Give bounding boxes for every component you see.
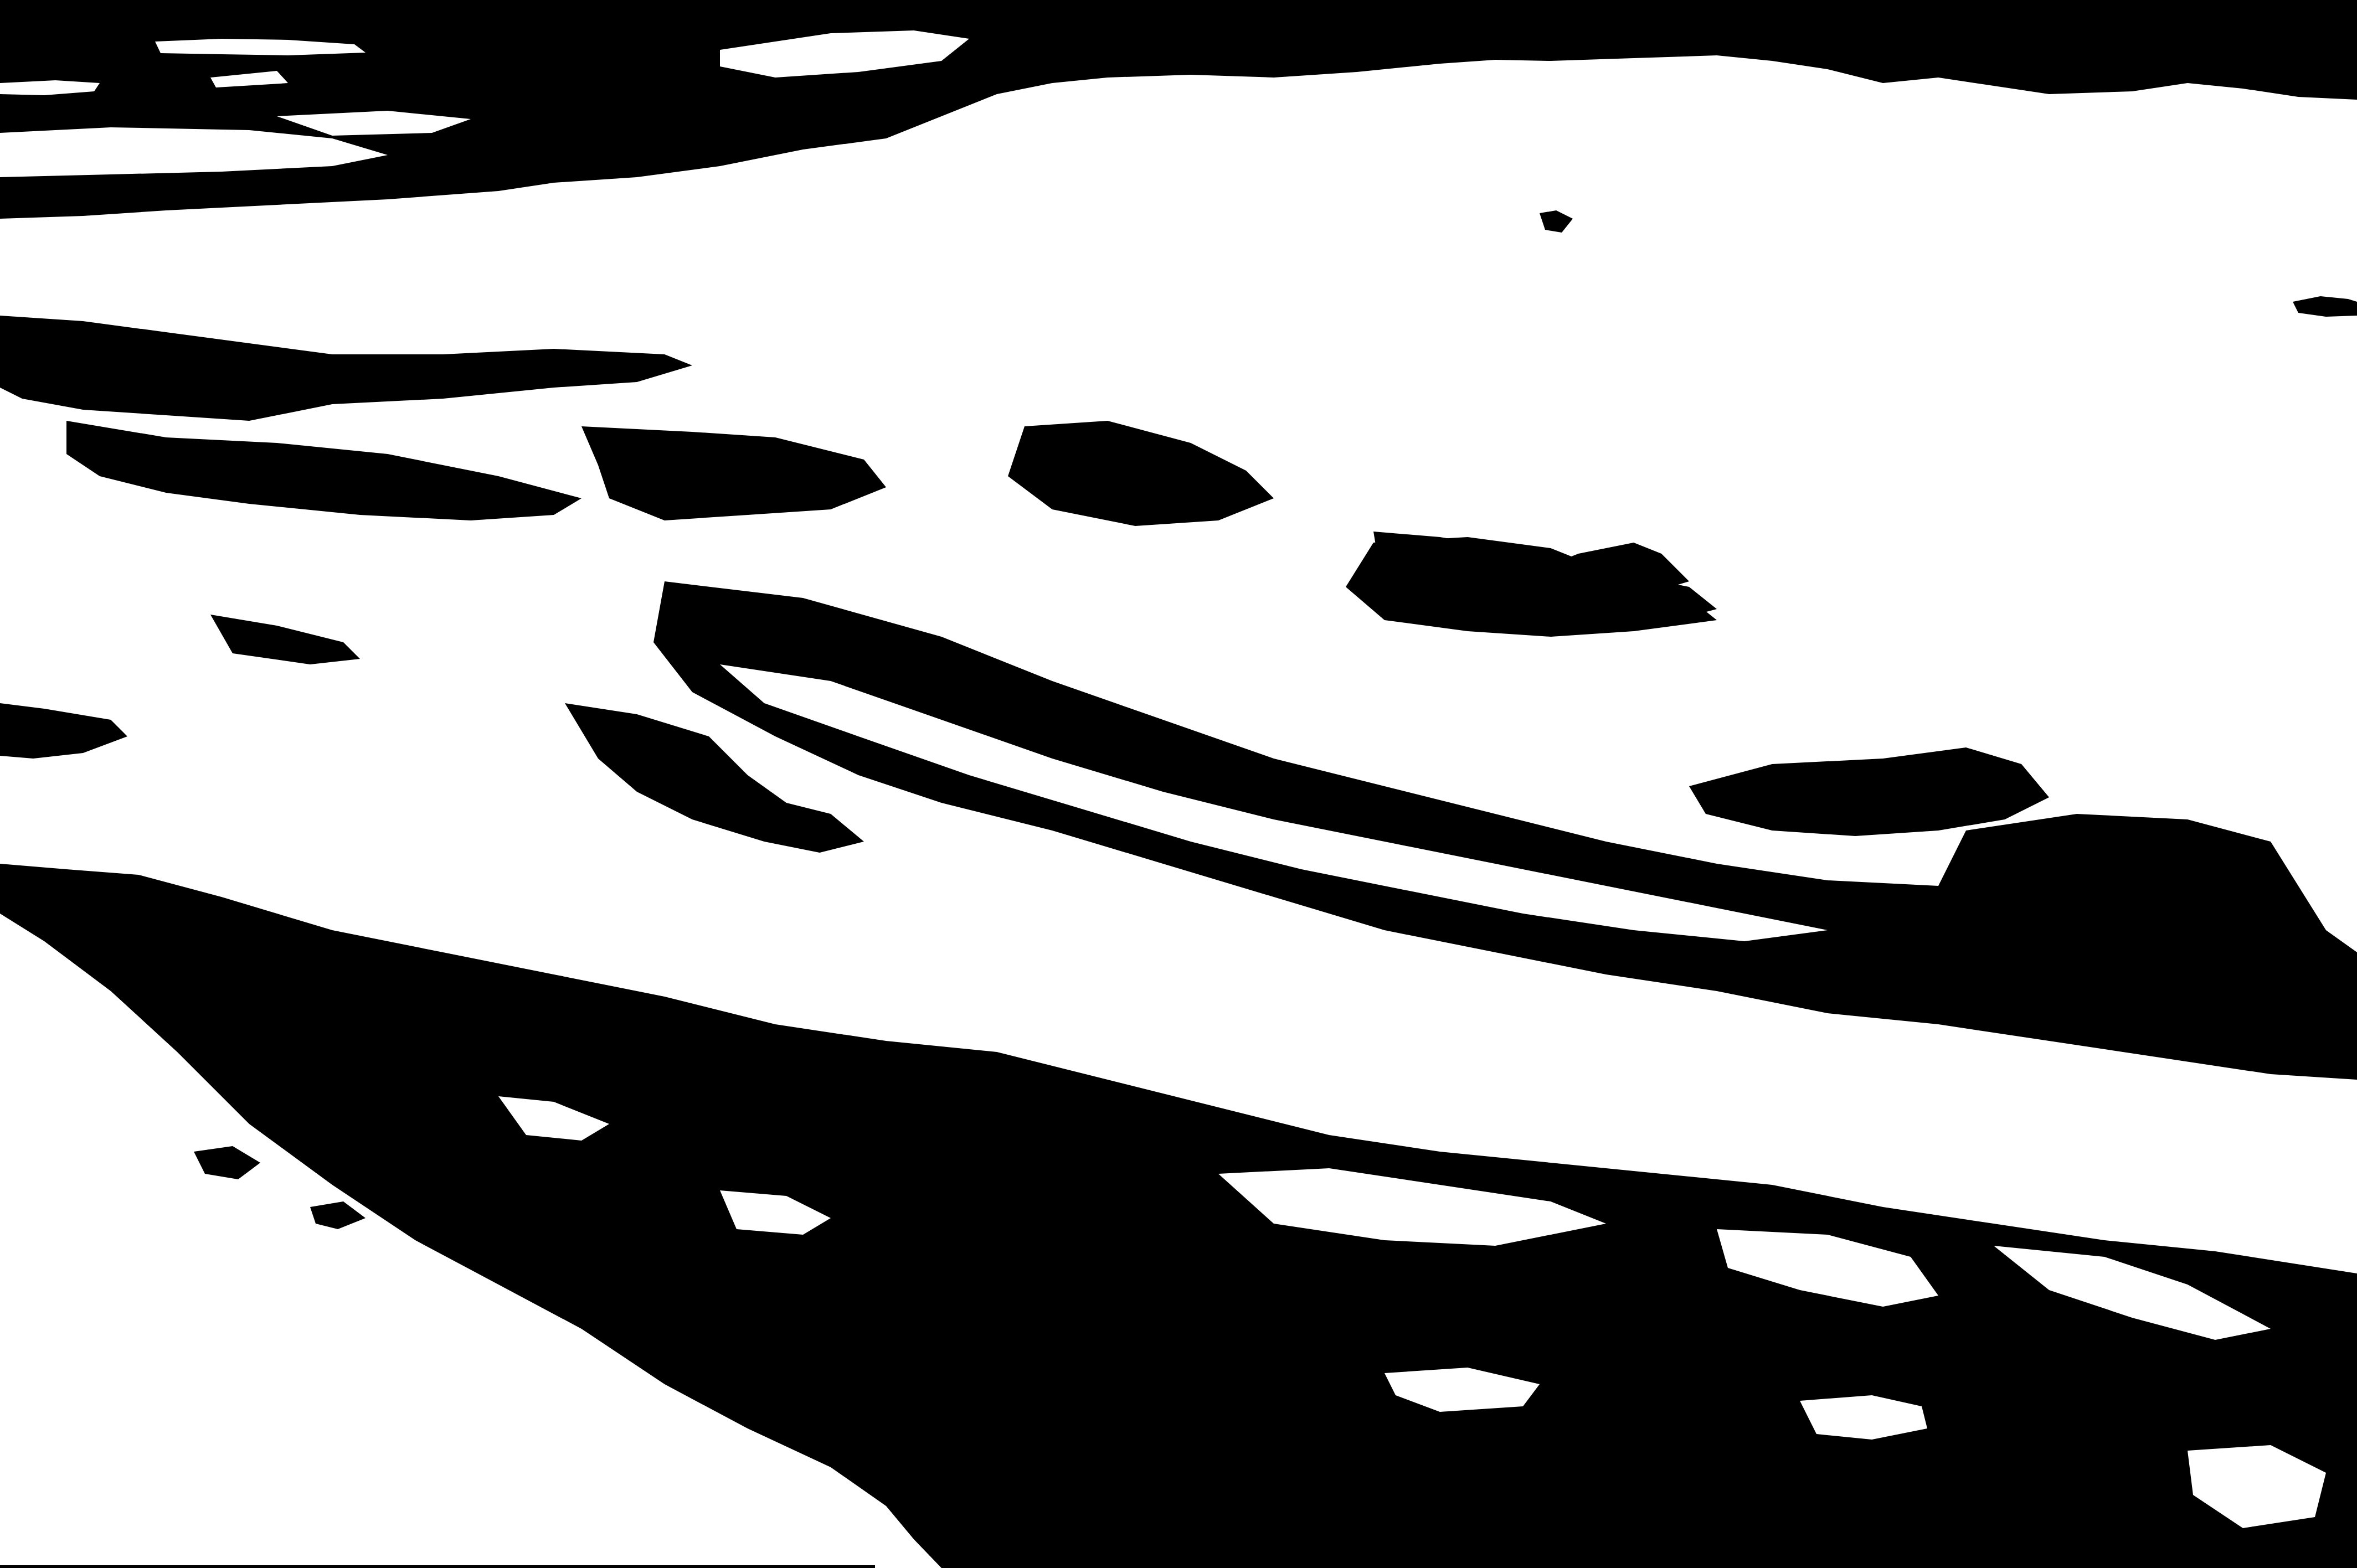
thresholded-landscape-image	[0, 0, 2357, 1568]
bottom-edge-line	[0, 1565, 875, 1568]
